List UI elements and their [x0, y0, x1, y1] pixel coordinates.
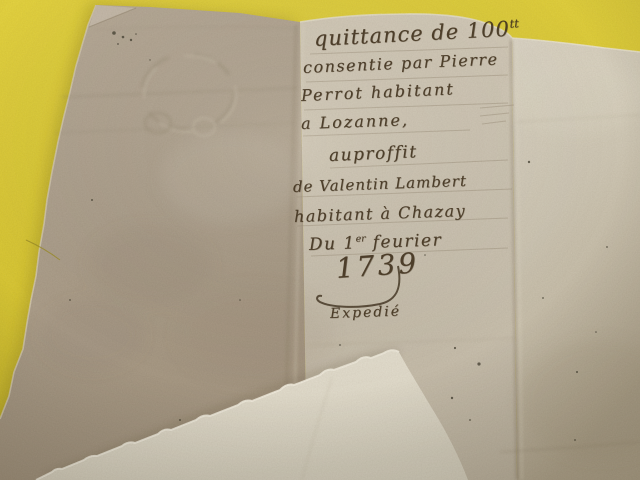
- vignette: [0, 0, 640, 480]
- photo-of-manuscript: quittance de 100tt consentie par Pierre …: [0, 0, 640, 480]
- photo-scene: [0, 0, 640, 480]
